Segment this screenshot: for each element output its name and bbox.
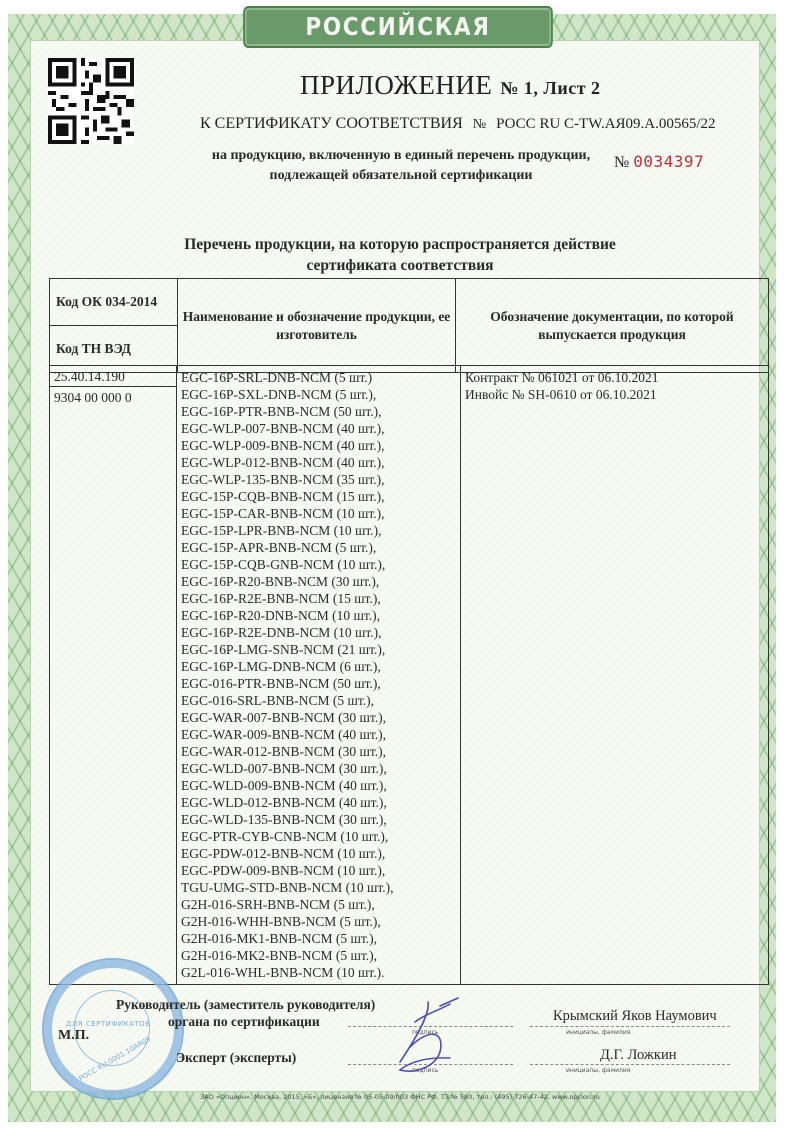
product-item: G2H-016-MK2-BNB-NCM (5 шт.), — [181, 947, 456, 964]
banner-russian-federation: РОССИЙСКАЯ ФЕДЕРАЦИЯ — [243, 6, 553, 48]
product-item: EGC-16P-SXL-DNB-NCM (5 шт.), — [181, 386, 456, 403]
product-item: EGC-16P-R20-BNB-NCM (30 шт.), — [181, 573, 456, 590]
head-name: Крымский Яков Наумович — [553, 1008, 717, 1025]
documents-cell: Контракт № 061021 от 06.10.2021Инвойс № … — [461, 366, 769, 985]
product-item: EGC-16P-LMG-SNB-NCM (21 шт.), — [181, 641, 456, 658]
product-item: EGC-16P-R2E-BNB-NCM (15 шт.), — [181, 590, 456, 607]
product-item: EGC-WAR-012-BNB-NCM (30 шт.), — [181, 743, 456, 760]
product-item: EGC-PTR-CYB-CNB-NCM (10 шт.), — [181, 828, 456, 845]
product-table: 25.40.14.190 9304 00 000 0 EGC-16P-SRL-D… — [49, 365, 769, 985]
serial-value: 0034397 — [633, 152, 704, 171]
title-main: ПРИЛОЖЕНИЕ — [300, 70, 492, 100]
product-item: EGC-WLP-009-BNB-NCM (40 шт.), — [181, 437, 456, 454]
product-item: EGC-WLP-012-BNB-NCM (40 шт.), — [181, 454, 456, 471]
name-line-expert — [530, 1064, 730, 1065]
product-item: G2H-016-MK1-BNB-NCM (5 шт.), — [181, 930, 456, 947]
product-item: EGC-WAR-009-BNB-NCM (40 шт.), — [181, 726, 456, 743]
table-header: Код ОК 034-2014 Наименование и обозначен… — [49, 278, 769, 373]
certificate-reference: К СЕРТИФИКАТУ СООТВЕТСТВИЯ№РОСС RU C-TW.… — [200, 115, 716, 133]
stamp-place-label: М.П. — [58, 1028, 89, 1044]
product-item: EGC-WLD-135-BNB-NCM (30 шт.), — [181, 811, 456, 828]
product-item: EGC-WLD-012-BNB-NCM (40 шт.), — [181, 794, 456, 811]
title-sheet-number: № 1, Лист 2 — [500, 78, 600, 98]
product-item: EGC-WAR-007-BNB-NCM (30 шт.), — [181, 709, 456, 726]
product-item: TGU-UMG-STD-BNB-NCM (10 шт.), — [181, 879, 456, 896]
product-item: EGC-16P-SRL-DNB-NCM (5 шт.) — [181, 369, 456, 386]
products-cell: EGC-16P-SRL-DNB-NCM (5 шт.)EGC-16P-SXL-D… — [177, 366, 461, 985]
product-item: EGC-PDW-009-BNB-NCM (10 шт.), — [181, 862, 456, 879]
product-item: EGC-PDW-012-BNB-NCM (10 шт.), — [181, 845, 456, 862]
name-caption-expert: инициалы, фамилия — [566, 1067, 630, 1074]
header-documentation: Обозначение документации, по которой вып… — [456, 279, 769, 373]
head-label-line2: органа по сертификации — [116, 1013, 375, 1030]
product-item: EGC-WLP-007-BNB-NCM (40 шт.), — [181, 420, 456, 437]
document-item: Инвойс № SH-0610 от 06.10.2021 — [465, 386, 764, 403]
header-code-ok: Код ОК 034-2014 — [50, 279, 178, 326]
number-sign: № — [473, 117, 486, 132]
product-list-title: Перечень продукции, на которую распростр… — [150, 234, 650, 276]
product-item: EGC-016-SRL-BNB-NCM (5 шт.), — [181, 692, 456, 709]
product-item: EGC-WLP-135-BNB-NCM (35 шт.), — [181, 471, 456, 488]
qr-code-icon — [48, 58, 134, 144]
head-label-line1: Руководитель (заместитель руководителя) — [116, 997, 375, 1012]
table-row: 25.40.14.190 9304 00 000 0 EGC-16P-SRL-D… — [50, 366, 769, 985]
name-line-head — [530, 1026, 730, 1027]
codes-cell: 25.40.14.190 9304 00 000 0 — [50, 366, 177, 985]
product-item: EGC-16P-LMG-DNB-NCM (6 шт.), — [181, 658, 456, 675]
product-item: EGC-15P-CAR-BNB-NCM (10 шт.), — [181, 505, 456, 522]
serial-prefix: № — [614, 154, 629, 171]
product-item: EGC-16P-R20-DNB-NCM (10 шт.), — [181, 607, 456, 624]
page-title: ПРИЛОЖЕНИЕ№ 1, Лист 2 — [300, 70, 601, 101]
product-item: EGC-016-PTR-BNB-NCM (50 шт.), — [181, 675, 456, 692]
product-item: EGC-15P-CQB-GNB-NCM (10 шт.), — [181, 556, 456, 573]
product-item: G2L-016-WHL-BNB-NCM (10 шт.). — [181, 964, 456, 981]
code-ok-value: 25.40.14.190 — [50, 366, 176, 387]
product-item: EGC-16P-PTR-BNB-NCM (50 шт.), — [181, 403, 456, 420]
product-item: EGC-15P-APR-BNB-NCM (5 шт.), — [181, 539, 456, 556]
certificate-number: РОСС RU C-TW.АЯ09.A.00565/22 — [496, 116, 715, 132]
handwritten-signature-icon — [370, 992, 490, 1082]
product-item: G2H-016-SRH-BNB-NCM (5 шт.), — [181, 896, 456, 913]
document-item: Контракт № 061021 от 06.10.2021 — [465, 369, 764, 386]
printer-footer: ЗАО «Опцион», Москва, 2015, «Б», лицензи… — [150, 1093, 650, 1101]
expert-name: Д.Г. Ложкин — [600, 1047, 676, 1064]
header-product: Наименование и обозначение продукции, ее… — [178, 279, 456, 373]
expert-label: Эксперт (эксперты) — [176, 1050, 296, 1066]
product-item: EGC-WLD-007-BNB-NCM (30 шт.), — [181, 760, 456, 777]
product-item: EGC-15P-CQB-BNB-NCM (15 шт.), — [181, 488, 456, 505]
product-item: G2H-016-WHH-BNB-NCM (5 шт.), — [181, 913, 456, 930]
certificate-label: К СЕРТИФИКАТУ СООТВЕТСТВИЯ — [200, 115, 463, 132]
code-tn-value: 9304 00 000 0 — [50, 387, 176, 407]
product-item: EGC-16P-R2E-DNB-NCM (10 шт.), — [181, 624, 456, 641]
product-item: EGC-WLD-009-BNB-NCM (40 шт.), — [181, 777, 456, 794]
name-caption-head: инициалы, фамилия — [566, 1029, 630, 1036]
head-label: Руководитель (заместитель руководителя) … — [116, 996, 375, 1030]
product-item: EGC-15P-LPR-BNB-NCM (10 шт.), — [181, 522, 456, 539]
scope-text: на продукцию, включенную в единый перече… — [196, 146, 606, 186]
serial-number: № 0034397 — [614, 152, 704, 172]
